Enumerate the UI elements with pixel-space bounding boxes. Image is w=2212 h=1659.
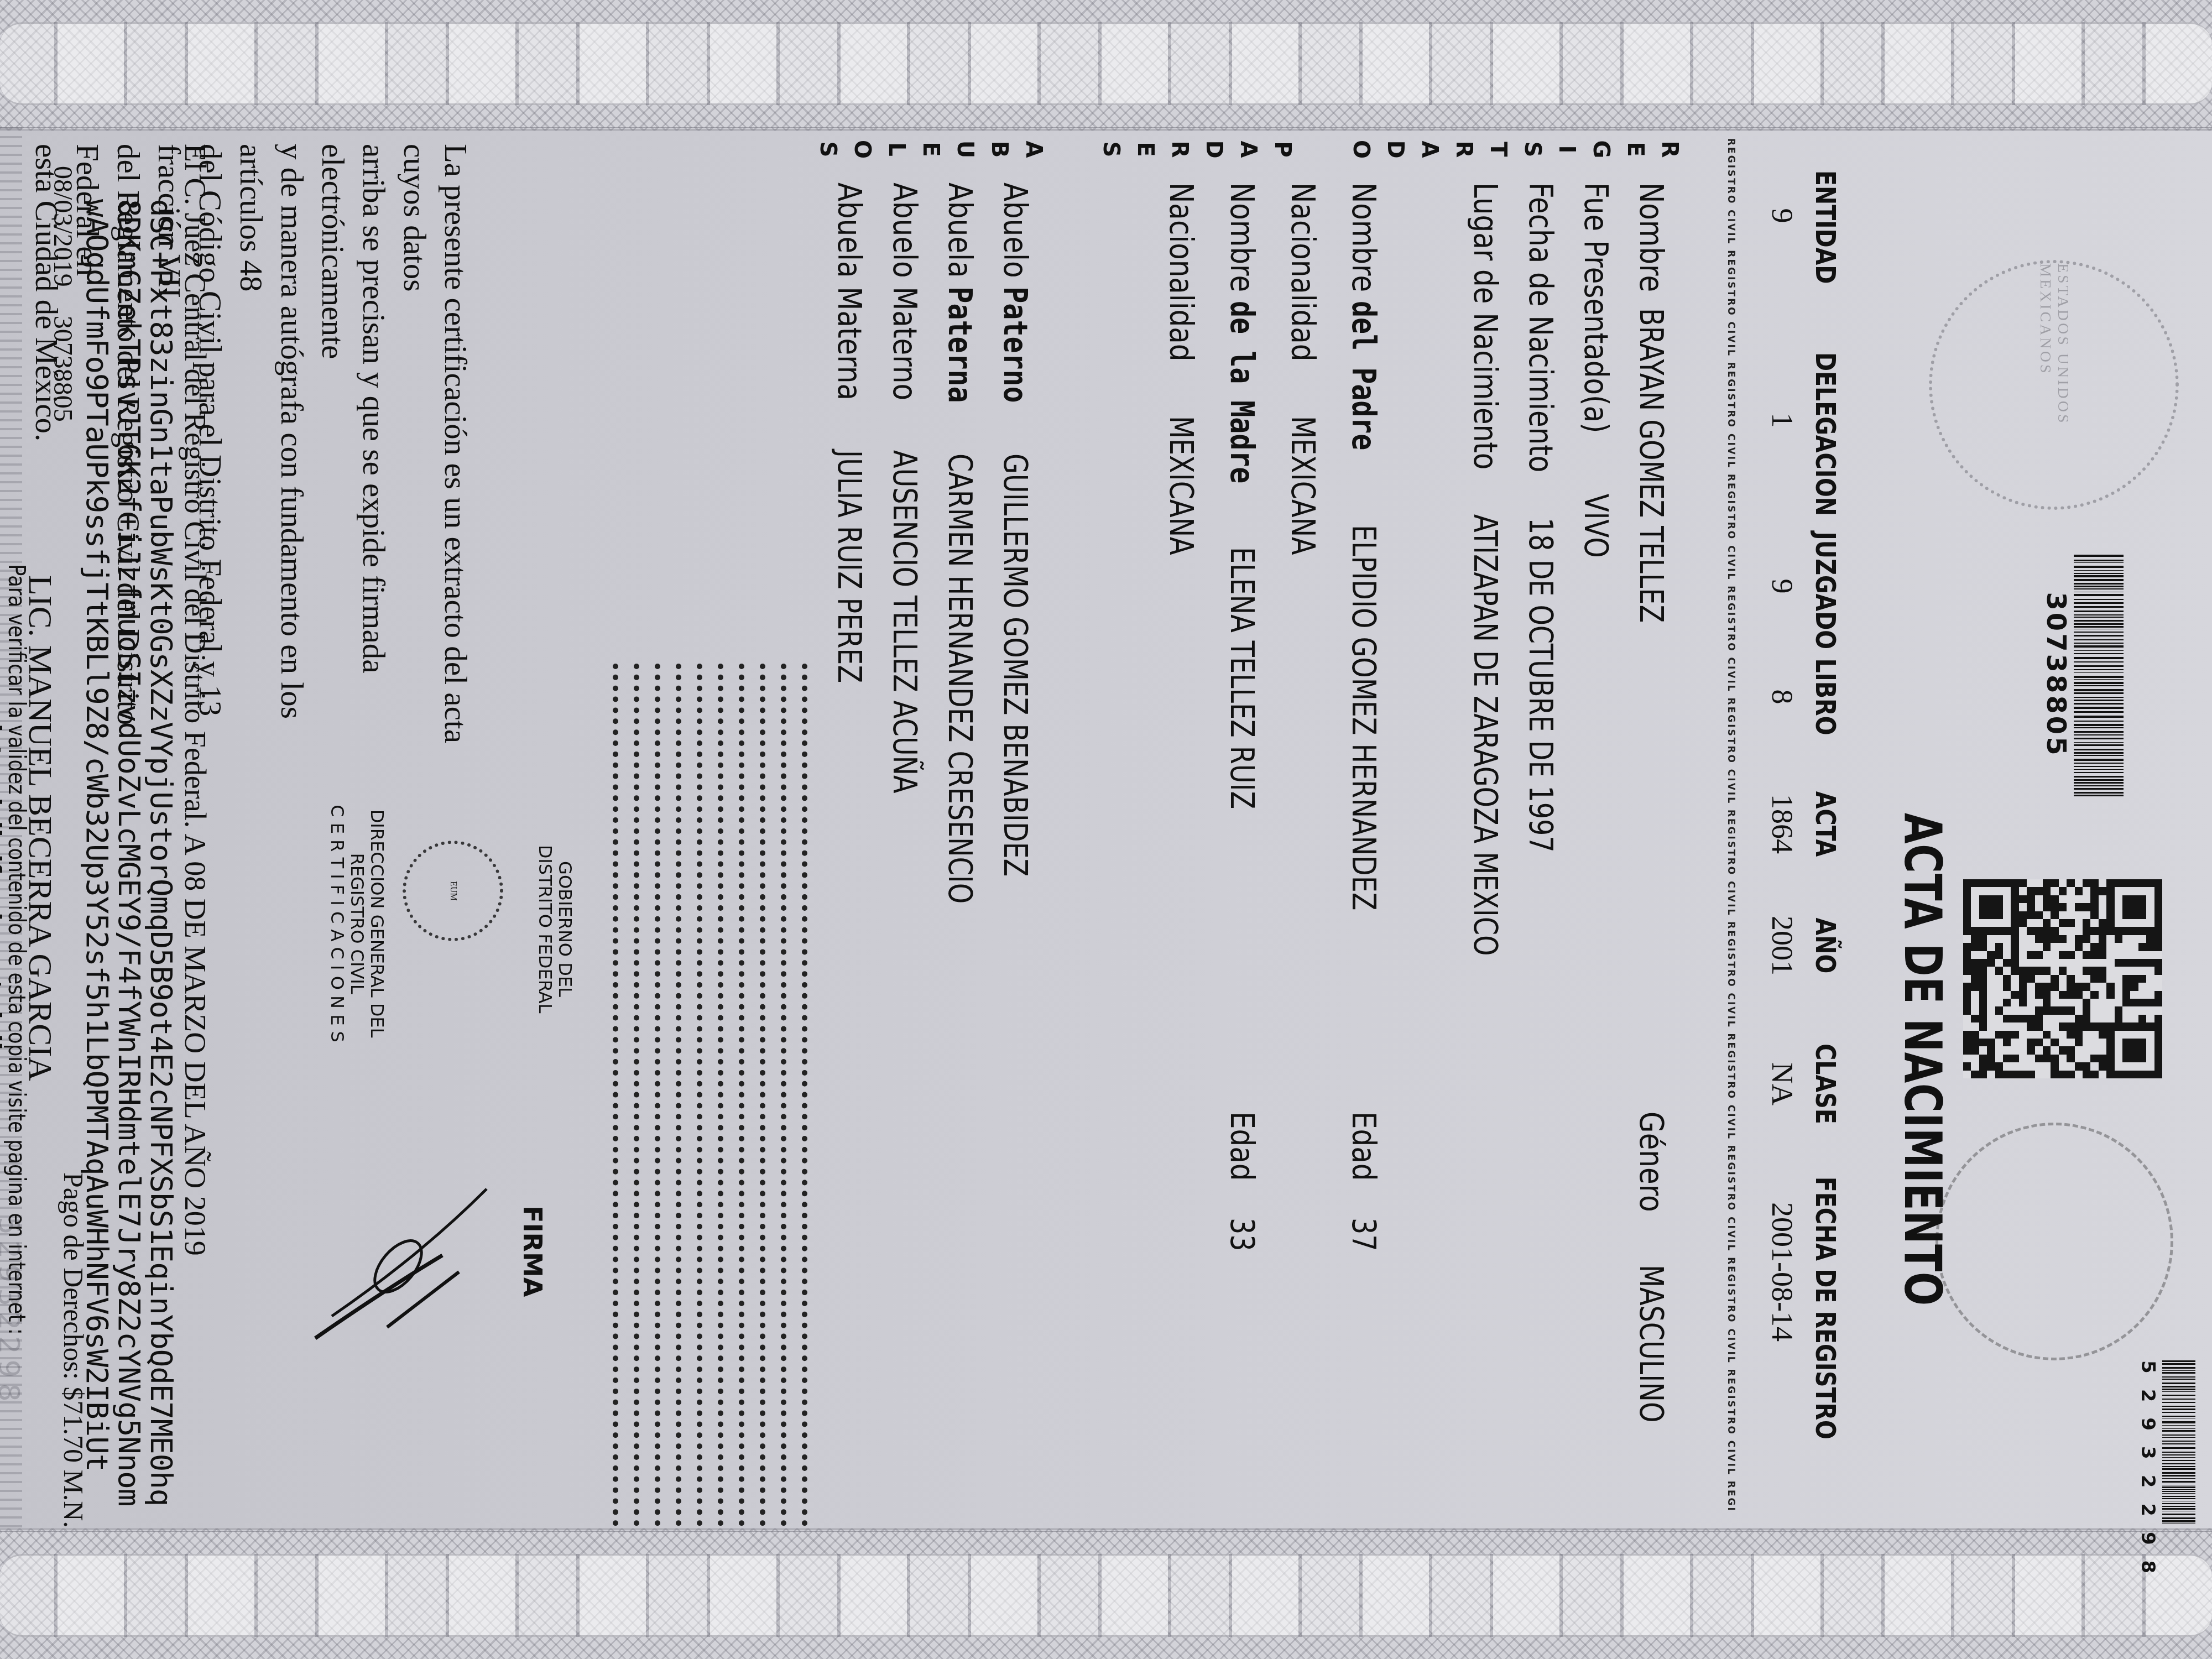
official-seal-icon: EUM [403, 841, 503, 941]
field-acta: ACTA 1864 [1765, 769, 1841, 879]
field-value: 8 [1765, 641, 1799, 752]
guilloche-border-left [0, 0, 2212, 131]
field-label: JUZGADO [1809, 532, 1841, 641]
value-edad-padre: 37 [1345, 1218, 1383, 1251]
label-abuela-paterna-bold: Paterna [941, 286, 979, 403]
row-madre-nacionalidad: Nacionalidad MEXICANA [1162, 182, 1200, 586]
coat-of-arms-seal-icon: ESTADOS UNIDOS MEXICANOS [1929, 260, 2179, 510]
label-abuelo-paterno-pre: Abuelo [997, 182, 1034, 286]
signature-line: dSC+Pxt83zinGn1taPubWsKt0GsXZzVYpjUstorQ… [145, 199, 177, 1506]
row-padre-nacionalidad: Nacionalidad MEXICANA [1284, 182, 1322, 586]
label-madre-pre: Nombre [1223, 182, 1261, 301]
label-abuelo-materno: Abuelo Materno [886, 182, 924, 400]
side-label-letter: O [1344, 138, 1378, 160]
label-nacionalidad-madre: Nacionalidad [1162, 182, 1200, 361]
field-label: ENTIDAD [1809, 170, 1841, 261]
faint-stamp-icon [1936, 1123, 2173, 1360]
field-label: CLASE [1809, 1039, 1841, 1129]
row-madre: Nombre de la Madre ELENA TELLEZ RUIZ [1223, 182, 1261, 867]
label-lugar-nacimiento: Lugar de Nacimiento [1467, 182, 1504, 469]
dotted-line [655, 664, 660, 1526]
direccion-general: DIRECCION GENERAL DEL REGISTRO CIVIL C E… [327, 802, 387, 1045]
field-label: ACTA [1809, 779, 1841, 869]
label-abuela-materna: Abuela Materna [831, 182, 868, 400]
side-label-letter: B [982, 138, 1016, 160]
certification-line: La presente certificación es un extracto… [394, 144, 476, 807]
field-anio: AÑO 2001 [1765, 890, 1841, 1001]
label-fecha-nacimiento: Fecha de Nacimiento [1522, 182, 1559, 472]
value-abuelo-materno: AUSENCIO TELLEZ ACUÑA [886, 450, 924, 794]
label-madre-bold: de la Madre [1223, 301, 1261, 483]
field-juzgado: JUZGADO 9 [1765, 520, 1841, 653]
direccion-line-3: C E R T I F I C A C I O N E S [327, 802, 347, 1045]
pago-derechos: Pago de Derechos: $71.70 M.N. [53, 1172, 94, 1528]
field-label: AÑO [1809, 900, 1841, 991]
side-label-letter: S [1094, 138, 1128, 160]
side-label-abuelos: ABUELOS [811, 138, 1051, 160]
side-label-letter: R [1652, 138, 1687, 160]
value-fue-presentado: VIVO [1577, 494, 1615, 558]
label-padre-pre: Nombre [1345, 182, 1383, 301]
row-fue-presentado: Fue Presentado(a) VIVO [1577, 182, 1615, 572]
label-fue-presentado: Fue Presentado(a) [1577, 182, 1615, 434]
field-libro: LIBRO 8 [1765, 641, 1841, 752]
field-label: LIBRO [1809, 651, 1841, 742]
row-abuela-paterna: Abuela Paterna CARMEN HERNANDEZ CRESENCI… [941, 182, 979, 1003]
side-barcode-bars-icon [2162, 1360, 2195, 1526]
microtext-line: REGISTRO CIVIL REGISTRO CIVIL REGISTRO C… [1725, 138, 1736, 1510]
row-lugar-nacimiento: Lugar de Nacimiento ATIZAPAN DE ZARAGOZA… [1467, 182, 1504, 1053]
side-label-letter: R [1162, 138, 1197, 160]
label-nacionalidad-padre: Nacionalidad [1284, 182, 1322, 361]
row-abuelo-paterno: Abuelo Paterno GUILLERMO GOMEZ BENABIDEZ [997, 182, 1034, 969]
label-abuela-paterna-pre: Abuela [941, 182, 979, 286]
gobierno-distrito-federal: GOBIERNO DEL DISTRITO FEDERAL [535, 830, 575, 1029]
value-nacionalidad-padre: MEXICANA [1284, 416, 1322, 555]
dotted-line [718, 664, 723, 1526]
side-label-letter: P [1265, 138, 1300, 160]
row-fecha-nacimiento: Fecha de Nacimiento 18 DE OCTUBRE DE 199… [1522, 182, 1559, 926]
side-label-letter: U [948, 138, 982, 160]
firma-label: FIRMA [518, 1206, 547, 1297]
side-label-letter: D [1378, 138, 1412, 160]
field-label: FECHA DE REGISTRO [1809, 1177, 1841, 1367]
dotted-line [634, 664, 639, 1526]
value-abuela-paterna: CARMEN HERNANDEZ CRESENCIO [941, 453, 979, 904]
handwritten-signature-icon [288, 1172, 498, 1371]
value-nombre: BRAYAN GOMEZ TELLEZ [1632, 308, 1670, 623]
certification-line: arriba se precisan y que se expide firma… [312, 144, 394, 807]
side-label-letter: A [1231, 138, 1265, 160]
value-nacionalidad-madre: MEXICANA [1162, 416, 1200, 555]
document-title: ACTA DE NACIMIENTO [1893, 813, 1952, 1306]
field-value: 9 [1765, 520, 1799, 653]
qr-code-icon[interactable] [1963, 879, 2162, 1078]
row-genero: Género MASCULINO [1632, 1112, 1670, 1457]
certification-line: y de manera autógrafa con fundamento en … [230, 144, 312, 807]
side-label-letter: T [1481, 138, 1515, 160]
dotted-line [781, 664, 786, 1526]
field-entidad: ENTIDAD 9 [1765, 160, 1841, 271]
value-padre: ELPIDIO GOMEZ HERNANDEZ [1345, 525, 1383, 910]
value-lugar-nacimiento: ATIZAPAN DE ZARAGOZA MEXICO [1467, 514, 1504, 956]
label-nombre: Nombre [1632, 182, 1670, 292]
value-edad-madre: 33 [1223, 1218, 1261, 1251]
side-label-letter: G [1584, 138, 1618, 160]
row-abuelo-materno: Abuelo Materno AUSENCIO TELLEZ ACUÑA [886, 182, 924, 869]
value-madre: ELENA TELLEZ RUIZ [1223, 547, 1261, 809]
side-label-letter: D [1197, 138, 1231, 160]
seal-text: ESTADOS UNIDOS MEXICANOS [2036, 263, 2072, 507]
field-value: 1 [1765, 337, 1799, 503]
footer-folio: 30738805 [48, 316, 77, 422]
field-value: 1864 [1765, 769, 1799, 879]
side-label-letter: A [1412, 138, 1447, 160]
gobierno-line-2: DISTRITO FEDERAL [535, 830, 555, 1029]
value-abuela-materna: JULIA RUIZ PEREZ [831, 450, 868, 683]
birth-certificate-page: ESTADOS UNIDOS MEXICANOS 30738805 529322… [0, 0, 2212, 1659]
side-label-padres: PADRES [1094, 138, 1300, 160]
side-label-letter: O [845, 138, 879, 160]
direccion-line-1: DIRECCION GENERAL DEL [367, 802, 387, 1045]
row-abuela-materna: Abuela Materna JULIA RUIZ PEREZ [831, 182, 868, 734]
top-barcode: 30738805 [2041, 553, 2124, 796]
field-value: 9 [1765, 160, 1799, 271]
side-label-registrado: REGISTRADO [1344, 138, 1687, 160]
signature-line: 8DKmCZekTPsvJT6K2f+iJzfmucSIzvdUoZvLcMGE… [113, 199, 145, 1506]
verify-link[interactable]: www.registrocivil.df.gob.mx/rcivil [0, 608, 6, 1050]
value-fecha-nacimiento: 18 DE OCTUBRE DE 1997 [1522, 518, 1559, 853]
side-label-letter: S [1515, 138, 1550, 160]
dotted-line [739, 664, 744, 1526]
side-label-letter: R [1447, 138, 1481, 160]
row-padre-edad: Edad 37 [1345, 1112, 1383, 1259]
field-label: DELEGACION [1809, 352, 1841, 488]
field-clase: CLASE NA [1765, 1029, 1841, 1139]
value-abuelo-paterno: GUILLERMO GOMEZ BENABIDEZ [997, 453, 1034, 877]
label-edad-madre: Edad [1223, 1112, 1261, 1181]
juez-statement: El C. Juez Central del Registro Civil de… [175, 144, 216, 1256]
field-value: 2001-08-14 [1765, 1156, 1799, 1388]
dotted-line [760, 664, 765, 1526]
label-padre-bold: del Padre [1345, 301, 1383, 450]
direccion-line-2: REGISTRO CIVIL [347, 802, 367, 1045]
side-label-letter: I [1550, 138, 1584, 160]
dotted-line [697, 664, 702, 1526]
dotted-line [676, 664, 681, 1526]
field-fecha-registro: FECHA DE REGISTRO 2001-08-14 [1765, 1156, 1841, 1388]
gobierno-line-1: GOBIERNO DEL [555, 830, 575, 1029]
side-label-letter: E [1128, 138, 1162, 160]
barcode-bars-icon [2074, 553, 2124, 796]
dotted-line [613, 664, 618, 1526]
side-label-letter: L [879, 138, 914, 160]
side-barcode: 52932298 [2137, 1360, 2195, 1526]
faint-number: 52932298 [0, 1217, 25, 1407]
label-genero: Género [1632, 1112, 1670, 1212]
side-label-letter: A [1016, 138, 1051, 160]
dotted-line [802, 664, 807, 1526]
side-label-letter: S [811, 138, 845, 160]
value-genero: MASCULINO [1632, 1265, 1670, 1422]
field-value: NA [1765, 1029, 1799, 1139]
row-madre-edad: Edad 33 [1223, 1112, 1261, 1259]
electronic-signature: dSC+Pxt83zinGn1taPubWsKt0GsXZzVYpjUstorQ… [81, 199, 177, 1506]
side-label-letter: E [914, 138, 948, 160]
field-delegacion: DELEGACION 1 [1765, 337, 1841, 503]
row-padre: Nombre del Padre ELPIDIO GOMEZ HERNANDEZ [1345, 182, 1383, 995]
side-label-letter: E [1618, 138, 1652, 160]
footer-date: 08/03/2019 [48, 166, 77, 287]
label-abuelo-paterno-bold: Paterno [997, 286, 1034, 403]
guilloche-border-right [0, 1528, 2212, 1659]
row-nombre: Nombre BRAYAN GOMEZ TELLEZ [1632, 182, 1670, 691]
barcode-number: 30738805 [2041, 553, 2072, 796]
side-barcode-number: 52932298 [2137, 1360, 2159, 1526]
field-value: 2001 [1765, 890, 1799, 1001]
footer-date-folio: 08/03/2019 30738805 [42, 166, 83, 422]
label-edad-padre: Edad [1345, 1112, 1383, 1181]
